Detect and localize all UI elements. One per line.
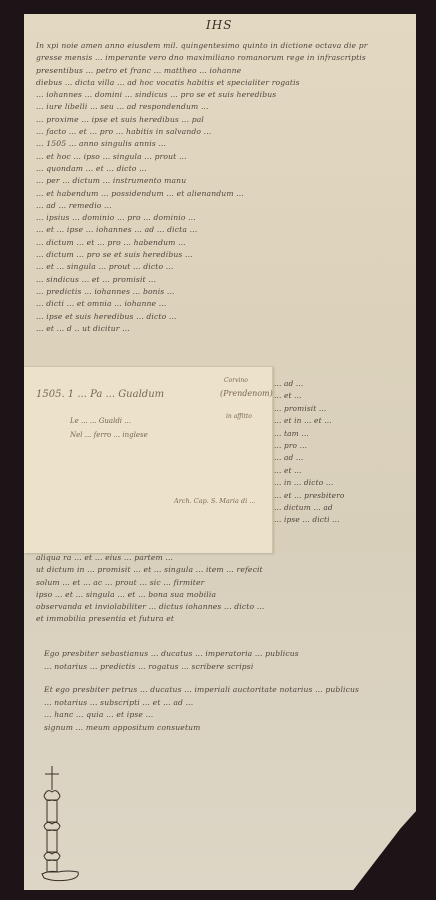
text-line: ... iohannes ... domini ... sindicus ...… xyxy=(36,89,408,101)
text-line: ... dicti ... et omnia ... iohanne ... xyxy=(36,298,408,310)
text-line: ... et ... xyxy=(274,465,412,477)
text-line: Ego presbiter sebastianus ... ducatus ..… xyxy=(44,648,410,661)
text-line: ... iure libelli ... seu ... ad responde… xyxy=(36,101,408,113)
notary-signum-tower-icon xyxy=(38,764,88,884)
text-line: ... ad ... xyxy=(274,452,412,464)
text-line: ... et habendum ... possidendum ... et a… xyxy=(36,188,408,200)
text-line: ... per ... dictum ... instrumento manu xyxy=(36,175,408,187)
text-line: observanda et inviolabiliter ... dictus … xyxy=(36,601,408,613)
text-line: ... ipsius ... dominio ... pro ... domin… xyxy=(36,212,408,224)
text-line: gresse mensis ... imperante vero dno max… xyxy=(36,52,408,64)
text-line: In xpi noie amen anno eiusdem mil. quing… xyxy=(36,40,408,52)
slip-line-two-note: in affitto xyxy=(226,413,252,420)
text-line: ... et ... presbitero xyxy=(274,490,412,502)
text-line: presentibus ... petro et franc ... matth… xyxy=(36,65,408,77)
slip-above-note: Corvino xyxy=(224,377,248,384)
text-line: ... et in ... et ... xyxy=(274,415,412,427)
text-line: diebus ... dicta villa ... ad hoc vocati… xyxy=(36,77,408,89)
text-line: ... predictis ... iohannes ... bonis ... xyxy=(36,286,408,298)
text-line: ... in ... dicto ... xyxy=(274,477,412,489)
text-line: ... 1505 ... anno singulis annis ... xyxy=(36,138,408,150)
notary-subscription-2: Et ego presbiter petrus ... ducatus ... … xyxy=(44,684,410,734)
text-line: ... tam ... xyxy=(274,428,412,440)
text-line: ... quondam ... et ... dicto ... xyxy=(36,163,408,175)
text-line: ... et hoc ... ipso ... singula ... prou… xyxy=(36,151,408,163)
main-text-block: In xpi noie amen anno eiusdem mil. quing… xyxy=(36,40,408,335)
text-line: ... facto ... et ... pro ... habitis in … xyxy=(36,126,408,138)
text-line: aliqua ra ... et ... eius ... partem ... xyxy=(36,552,408,564)
text-line: ... ad ... xyxy=(274,378,412,390)
text-line: ... dictum ... et ... pro ... habendum .… xyxy=(36,237,408,249)
text-line: et immobilia presentia et futura et xyxy=(36,613,408,625)
right-column-text: ... ad ... ... et ... ... promisit ... .… xyxy=(274,378,412,527)
text-line: solum ... et ... ac ... prout ... sic ..… xyxy=(36,577,408,589)
text-line: ut dictum in ... promisit ... et ... sin… xyxy=(36,564,408,576)
slip-archive-signature: Arch. Cap. S. Maria di ... xyxy=(174,497,255,505)
text-line: ... sindicus ... et ... promisit ... xyxy=(36,274,408,286)
text-line: ipso ... et ... singula ... et ... bona … xyxy=(36,589,408,601)
text-line: ... notarius ... predictis ... rogatus .… xyxy=(44,661,410,674)
ihs-monogram: IHS xyxy=(206,18,232,32)
text-line: ... pro ... xyxy=(274,440,412,452)
text-line: signum ... meum appositum consuetum xyxy=(44,722,410,735)
attached-archival-slip: 1505. 1 ... Pa ... Gualdum (Prendenom) C… xyxy=(24,366,273,553)
text-line: ... promisit ... xyxy=(274,403,412,415)
text-line: ... dictum ... pro se et suis heredibus … xyxy=(36,249,408,261)
text-line: ... et ... d .. ut dicitur ... xyxy=(36,323,408,335)
slip-date-line: 1505. 1 ... Pa ... Gualdum xyxy=(36,389,164,400)
text-line: ... dictum ... ad xyxy=(274,502,412,514)
text-line: ... et ... singula ... prout ... dicto .… xyxy=(36,261,408,273)
text-line: Et ego presbiter petrus ... ducatus ... … xyxy=(44,684,410,697)
text-line: ... et ... ipse ... iohannes ... ad ... … xyxy=(36,224,408,236)
notary-subscription-1: Ego presbiter sebastianus ... ducatus ..… xyxy=(44,648,410,673)
text-line: ... ipse et suis heredibus ... dicto ... xyxy=(36,311,408,323)
text-line: ... et ... xyxy=(274,390,412,402)
text-line: ... ipse ... dicti ... xyxy=(274,514,412,526)
text-line: ... notarius ... subscripti ... et ... a… xyxy=(44,697,410,710)
slip-line-two: Le ... ... Gualdi ... xyxy=(70,417,131,425)
text-line: ... hanc ... quia ... et ipse ... xyxy=(44,709,410,722)
lower-text-block: aliqua ra ... et ... eius ... partem ...… xyxy=(36,552,408,626)
slip-line-three: Nel ... ferro ... inglese xyxy=(70,431,148,439)
text-line: ... ad ... remedio ... xyxy=(36,200,408,212)
slip-bracket-note: (Prendenom) xyxy=(220,389,273,398)
text-line: ... proxime ... ipse et suis heredibus .… xyxy=(36,114,408,126)
